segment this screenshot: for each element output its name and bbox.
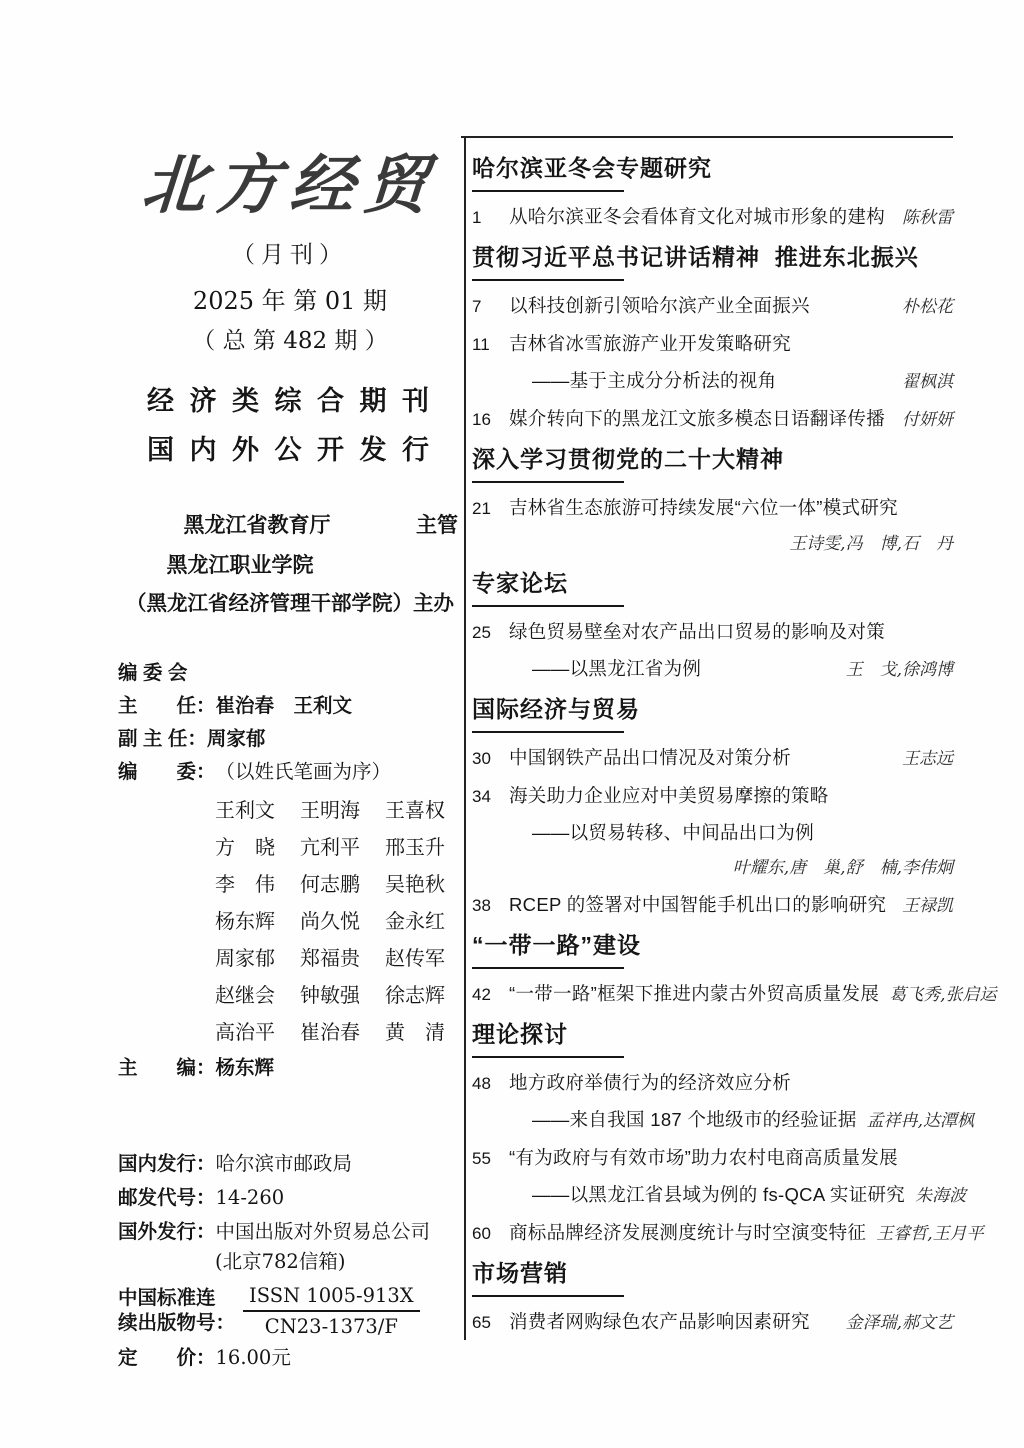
section-title: 深入学习贯彻党的二十大精神 bbox=[472, 446, 953, 473]
deputy-director-label: 副 主 任： bbox=[118, 727, 207, 751]
entry-title: 吉林省冰雪旅游产业开发策略研究 bbox=[509, 332, 791, 355]
toc-section: 深入学习贯彻党的二十大精神 21 吉林省生态旅游可持续发展“六位一体”模式研究 … bbox=[472, 446, 953, 556]
committee-member: 何志鹏 bbox=[300, 872, 385, 896]
entry-authors: 王禄凯 bbox=[892, 895, 953, 918]
chief-editor-label: 主 编： bbox=[118, 1056, 216, 1080]
entry-subtitle: ——以黑龙江省县域为例的 fs-QCA 实证研究 bbox=[532, 1183, 905, 1206]
entry-authors: 葛飞秀,张启运 bbox=[879, 984, 996, 1007]
committee-member: 杨东辉 bbox=[215, 909, 300, 933]
supervisor-name: 黑龙江省教育厅 bbox=[184, 514, 331, 537]
committee-member: 亢利平 bbox=[300, 835, 385, 859]
director-label: 主 任： bbox=[118, 694, 216, 718]
entry-title: 中国钢铁产品出口情况及对策分析 bbox=[509, 746, 791, 769]
toc-left-rule bbox=[464, 136, 466, 1340]
entry-authors: 王诗雯,冯 博,石 丹 bbox=[779, 533, 953, 556]
toc-entry: 48 地方政府举债行为的经济效应分析 bbox=[472, 1071, 953, 1095]
director-row: 主 任： 崔治春 王利文 bbox=[118, 694, 462, 718]
committee-member: 赵继会 bbox=[215, 983, 300, 1007]
committee-member: 徐志辉 bbox=[385, 983, 469, 1007]
entry-title: 从哈尔滨亚冬会看体育文化对城市形象的建构 bbox=[509, 205, 885, 228]
entry-page-number: 65 bbox=[472, 1311, 509, 1334]
domestic-distribution-value: 哈尔滨市邮政局 bbox=[216, 1152, 353, 1176]
toc-entry: 42 “一带一路”框架下推进内蒙古外贸高质量发展 葛飞秀,张启运 bbox=[472, 982, 953, 1007]
toc-entry: 16 媒介转向下的黑龙江文旅多模态日语翻译传播 付妍妍 bbox=[472, 407, 953, 432]
section-underline bbox=[472, 605, 624, 607]
organizer-alt-name: （黑龙江省经济管理干部学院）主办 bbox=[118, 591, 462, 617]
journal-logo: 北方经贸 bbox=[115, 140, 465, 232]
category-line-1: 经 济 类 综 合 期 刊 bbox=[118, 379, 462, 418]
price-row: 定 价： 16.00元 bbox=[118, 1346, 478, 1370]
price-label: 定 价： bbox=[118, 1346, 216, 1370]
entry-subtitle: ——来自我国 187 个地级市的经验证据 bbox=[532, 1108, 857, 1131]
committee-member: 方 晓 bbox=[215, 835, 300, 859]
issue-total-number: （ 总 第 482 期 ） bbox=[118, 322, 462, 355]
standard-number-label-line2: 续出版物号： bbox=[118, 1312, 235, 1334]
toc-entry-subtitle: ——以贸易转移、中间品出口为例 bbox=[472, 821, 953, 844]
toc-section: “一带一路”建设 42 “一带一路”框架下推进内蒙古外贸高质量发展 葛飞秀,张启… bbox=[472, 932, 953, 1007]
committee-label: 编 委： bbox=[118, 760, 216, 784]
entry-subtitle: ——基于主成分分析法的视角 bbox=[532, 369, 776, 392]
entry-authors: 陈秋雷 bbox=[892, 207, 953, 230]
entry-authors: 王 戈,徐鸿博 bbox=[836, 659, 953, 682]
price-value: 16.00元 bbox=[216, 1346, 291, 1370]
toc-entry: 38 RCEP 的签署对中国智能手机出口的影响研究 王禄凯 bbox=[472, 893, 953, 918]
entry-page-number: 11 bbox=[472, 333, 509, 356]
toc-section: 理论探讨 48 地方政府举债行为的经济效应分析 ——来自我国 187 个地级市的… bbox=[472, 1021, 953, 1246]
supervisor-role: 主管 bbox=[416, 513, 458, 539]
toc-section: 国际经济与贸易 30 中国钢铁产品出口情况及对策分析 王志远 34 海关助力企业… bbox=[472, 696, 953, 918]
section-underline bbox=[472, 967, 624, 969]
committee-note: （以姓氏笔画为序） bbox=[216, 760, 392, 784]
toc-section: 市场营销 65 消费者网购绿色农产品影响因素研究 金泽瑞,郝文艺 bbox=[472, 1260, 953, 1335]
masthead-column: 北方经贸 （月刊） 2025 年 第 01 期 （ 总 第 482 期 ） 经 … bbox=[118, 140, 462, 1089]
toc-entry-subtitle: ——以黑龙江省县域为例的 fs-QCA 实证研究 朱海波 bbox=[472, 1183, 953, 1208]
entry-page-number: 42 bbox=[472, 983, 509, 1006]
editorial-board-block: 编 委 会 主 任： 崔治春 王利文 副 主 任： 周家郁 编 委： （以姓氏笔… bbox=[118, 661, 462, 1080]
section-underline bbox=[472, 1295, 624, 1297]
table-of-contents: 哈尔滨亚冬会专题研究 1 从哈尔滨亚冬会看体育文化对城市形象的建构 陈秋雷 贯彻… bbox=[472, 139, 953, 1335]
committee-member: 邢玉升 bbox=[385, 835, 469, 859]
domestic-distribution-label: 国内发行： bbox=[118, 1152, 216, 1176]
entry-page-number: 16 bbox=[472, 408, 509, 431]
standard-number-values: ISSN 1005-913X CN23-1373/F bbox=[243, 1284, 420, 1338]
entry-page-number: 25 bbox=[472, 621, 509, 644]
entry-title: 地方政府举债行为的经济效应分析 bbox=[509, 1071, 791, 1094]
toc-entry: 11 吉林省冰雪旅游产业开发策略研究 bbox=[472, 332, 953, 356]
director-names: 崔治春 王利文 bbox=[216, 694, 353, 718]
committee-members-grid: 王利文 王明海 王喜权 方 晓 亢利平 邢玉升 李 伟 何志鹏 吴艳秋 杨东辉 … bbox=[215, 798, 462, 1044]
postal-code-value: 14-260 bbox=[216, 1186, 285, 1210]
issn-number: ISSN 1005-913X bbox=[243, 1284, 420, 1312]
entry-authors: 王睿哲,王月平 bbox=[866, 1223, 983, 1246]
toc-entry-authors-line: 王诗雯,冯 博,石 丹 bbox=[472, 533, 953, 556]
section-underline bbox=[472, 731, 624, 733]
entry-page-number: 1 bbox=[472, 206, 509, 229]
standard-number-label-line1: 中国标准连 bbox=[118, 1287, 216, 1309]
postal-code-row: 邮发代号： 14-260 bbox=[118, 1186, 478, 1210]
entry-page-number: 34 bbox=[472, 785, 509, 808]
section-underline bbox=[472, 481, 624, 483]
entry-authors: 朴松花 bbox=[892, 296, 953, 319]
entry-page-number: 60 bbox=[472, 1222, 509, 1245]
committee-member: 周家郁 bbox=[215, 946, 300, 970]
toc-section: 哈尔滨亚冬会专题研究 1 从哈尔滨亚冬会看体育文化对城市形象的建构 陈秋雷 bbox=[472, 155, 953, 230]
postal-code-label: 邮发代号： bbox=[118, 1186, 216, 1210]
domestic-distribution-row: 国内发行： 哈尔滨市邮政局 bbox=[118, 1152, 478, 1176]
toc-entry: 30 中国钢铁产品出口情况及对策分析 王志远 bbox=[472, 746, 953, 771]
toc-entry: 34 海关助力企业应对中美贸易摩擦的策略 bbox=[472, 784, 953, 808]
section-title: 国际经济与贸易 bbox=[472, 696, 953, 723]
committee-member: 崔治春 bbox=[300, 1020, 385, 1044]
entry-page-number: 38 bbox=[472, 894, 509, 917]
entry-title: RCEP 的签署对中国智能手机出口的影响研究 bbox=[509, 893, 886, 916]
toc-entry: 21 吉林省生态旅游可持续发展“六位一体”模式研究 bbox=[472, 496, 953, 520]
section-underline bbox=[472, 279, 624, 281]
section-title: 哈尔滨亚冬会专题研究 bbox=[472, 155, 953, 182]
chief-editor-row: 主 编： 杨东辉 bbox=[118, 1056, 462, 1080]
toc-entry: 1 从哈尔滨亚冬会看体育文化对城市形象的建构 陈秋雷 bbox=[472, 205, 953, 230]
organizer-name: 黑龙江职业学院 bbox=[118, 553, 462, 579]
entry-title: 绿色贸易壁垒对农产品出口贸易的影响及对策 bbox=[509, 620, 885, 643]
issue-number: 2025 年 第 01 期 bbox=[118, 281, 462, 316]
toc-entry: 55 “有为政府与有效市场”助力农村电商高质量发展 bbox=[472, 1146, 953, 1170]
entry-page-number: 21 bbox=[472, 497, 509, 520]
toc-entry: 7 以科技创新引领哈尔滨产业全面振兴 朴松花 bbox=[472, 294, 953, 319]
section-underline bbox=[472, 1056, 624, 1058]
committee-member: 王明海 bbox=[300, 798, 385, 822]
section-title: 贯彻习近平总书记讲话精神 推进东北振兴 bbox=[472, 244, 953, 271]
foreign-distribution-po-box: (北京782信箱) bbox=[215, 1250, 345, 1274]
toc-section: 专家论坛 25 绿色贸易壁垒对农产品出口贸易的影响及对策 ——以黑龙江省为例 王… bbox=[472, 570, 953, 682]
entry-subtitle: ——以贸易转移、中间品出口为例 bbox=[532, 821, 814, 844]
committee-member: 郑福贵 bbox=[300, 946, 385, 970]
section-underline bbox=[472, 190, 624, 192]
supervisor-line: 黑龙江省教育厅 主管 bbox=[118, 513, 462, 539]
committee-member: 高治平 bbox=[215, 1020, 300, 1044]
entry-title: 海关助力企业应对中美贸易摩擦的策略 bbox=[509, 784, 829, 807]
toc-entry-authors-line: 叶耀东,唐 巢,舒 楠,李伟炯 bbox=[472, 857, 953, 880]
category-line-2: 国 内 外 公 开 发 行 bbox=[118, 428, 462, 467]
entry-title: 商标品牌经济发展测度统计与时空演变特征 bbox=[509, 1221, 866, 1244]
toc-entry: 65 消费者网购绿色农产品影响因素研究 金泽瑞,郝文艺 bbox=[472, 1310, 953, 1335]
committee-member: 黄 清 bbox=[385, 1020, 469, 1044]
entry-title: 以科技创新引领哈尔滨产业全面振兴 bbox=[509, 294, 810, 317]
entry-title: “一带一路”框架下推进内蒙古外贸高质量发展 bbox=[509, 982, 879, 1005]
standard-number-row: 中国标准连续出版物号： ISSN 1005-913X CN23-1373/F bbox=[118, 1284, 478, 1338]
section-title: 专家论坛 bbox=[472, 570, 953, 597]
committee-member: 赵传军 bbox=[385, 946, 469, 970]
section-title: 市场营销 bbox=[472, 1260, 953, 1287]
toc-entry-subtitle: ——基于主成分分析法的视角 翟枫淇 bbox=[472, 369, 953, 394]
committee-member: 李 伟 bbox=[215, 872, 300, 896]
entry-authors: 翟枫淇 bbox=[892, 371, 953, 394]
entry-subtitle: ——以黑龙江省为例 bbox=[532, 657, 701, 680]
toc-section: 贯彻习近平总书记讲话精神 推进东北振兴 7 以科技创新引领哈尔滨产业全面振兴 朴… bbox=[472, 244, 953, 432]
entry-authors: 朱海波 bbox=[905, 1185, 966, 1208]
entry-title: “有为政府与有效市场”助力农村电商高质量发展 bbox=[509, 1146, 898, 1169]
entry-page-number: 48 bbox=[472, 1072, 509, 1095]
toc-top-rule bbox=[461, 136, 953, 138]
toc-entry: 60 商标品牌经济发展测度统计与时空演变特征 王睿哲,王月平 bbox=[472, 1221, 953, 1246]
entry-title: 吉林省生态旅游可持续发展“六位一体”模式研究 bbox=[509, 496, 898, 519]
committee-member: 王喜权 bbox=[385, 798, 469, 822]
publication-info-block: 国内发行： 哈尔滨市邮政局 邮发代号： 14-260 国外发行： 中国出版对外贸… bbox=[118, 1152, 478, 1380]
entry-title: 消费者网购绿色农产品影响因素研究 bbox=[509, 1310, 810, 1333]
entry-page-number: 30 bbox=[472, 747, 509, 770]
section-title: 理论探讨 bbox=[472, 1021, 953, 1048]
committee-member: 金永红 bbox=[385, 909, 469, 933]
committee-member: 王利文 bbox=[215, 798, 300, 822]
entry-authors: 叶耀东,唐 巢,舒 楠,李伟炯 bbox=[723, 857, 953, 880]
frequency-label: （月刊） bbox=[118, 236, 462, 269]
editorial-board-title-row: 编 委 会 bbox=[118, 661, 462, 685]
deputy-director-row: 副 主 任： 周家郁 bbox=[118, 727, 462, 751]
cn-number: CN23-1373/F bbox=[243, 1312, 420, 1338]
foreign-distribution-row: 国外发行： 中国出版对外贸易总公司 bbox=[118, 1220, 478, 1244]
entry-title: 媒介转向下的黑龙江文旅多模态日语翻译传播 bbox=[509, 407, 885, 430]
publisher-block: 黑龙江省教育厅 主管 黑龙江职业学院 （黑龙江省经济管理干部学院）主办 bbox=[118, 513, 462, 617]
foreign-distribution-value: 中国出版对外贸易总公司 bbox=[216, 1220, 431, 1244]
toc-entry-subtitle: ——以黑龙江省为例 王 戈,徐鸿博 bbox=[472, 657, 953, 682]
deputy-director-names: 周家郁 bbox=[207, 727, 266, 751]
entry-authors: 付妍妍 bbox=[892, 409, 953, 432]
entry-authors: 王志远 bbox=[892, 748, 953, 771]
committee-member: 吴艳秋 bbox=[385, 872, 469, 896]
entry-authors: 金泽瑞,郝文艺 bbox=[836, 1312, 953, 1335]
toc-entry-subtitle: ——来自我国 187 个地级市的经验证据 孟祥冉,达潭枫 bbox=[472, 1108, 953, 1133]
foreign-distribution-label: 国外发行： bbox=[118, 1220, 216, 1244]
journal-toc-page: 北方经贸 （月刊） 2025 年 第 01 期 （ 总 第 482 期 ） 经 … bbox=[0, 0, 1024, 1448]
chief-editor-name: 杨东辉 bbox=[216, 1056, 275, 1080]
committee-row: 编 委： （以姓氏笔画为序） bbox=[118, 760, 462, 784]
entry-page-number: 7 bbox=[472, 295, 509, 318]
entry-page-number: 55 bbox=[472, 1147, 509, 1170]
foreign-distribution-address: (北京782信箱) bbox=[215, 1250, 478, 1274]
entry-authors: 孟祥冉,达潭枫 bbox=[857, 1110, 974, 1133]
standard-number-label: 中国标准连续出版物号： bbox=[118, 1286, 235, 1336]
committee-member: 钟敏强 bbox=[300, 983, 385, 1007]
section-title: “一带一路”建设 bbox=[472, 932, 953, 959]
committee-member: 尚久悦 bbox=[300, 909, 385, 933]
editorial-board-title: 编 委 会 bbox=[118, 661, 187, 685]
toc-entry: 25 绿色贸易壁垒对农产品出口贸易的影响及对策 bbox=[472, 620, 953, 644]
